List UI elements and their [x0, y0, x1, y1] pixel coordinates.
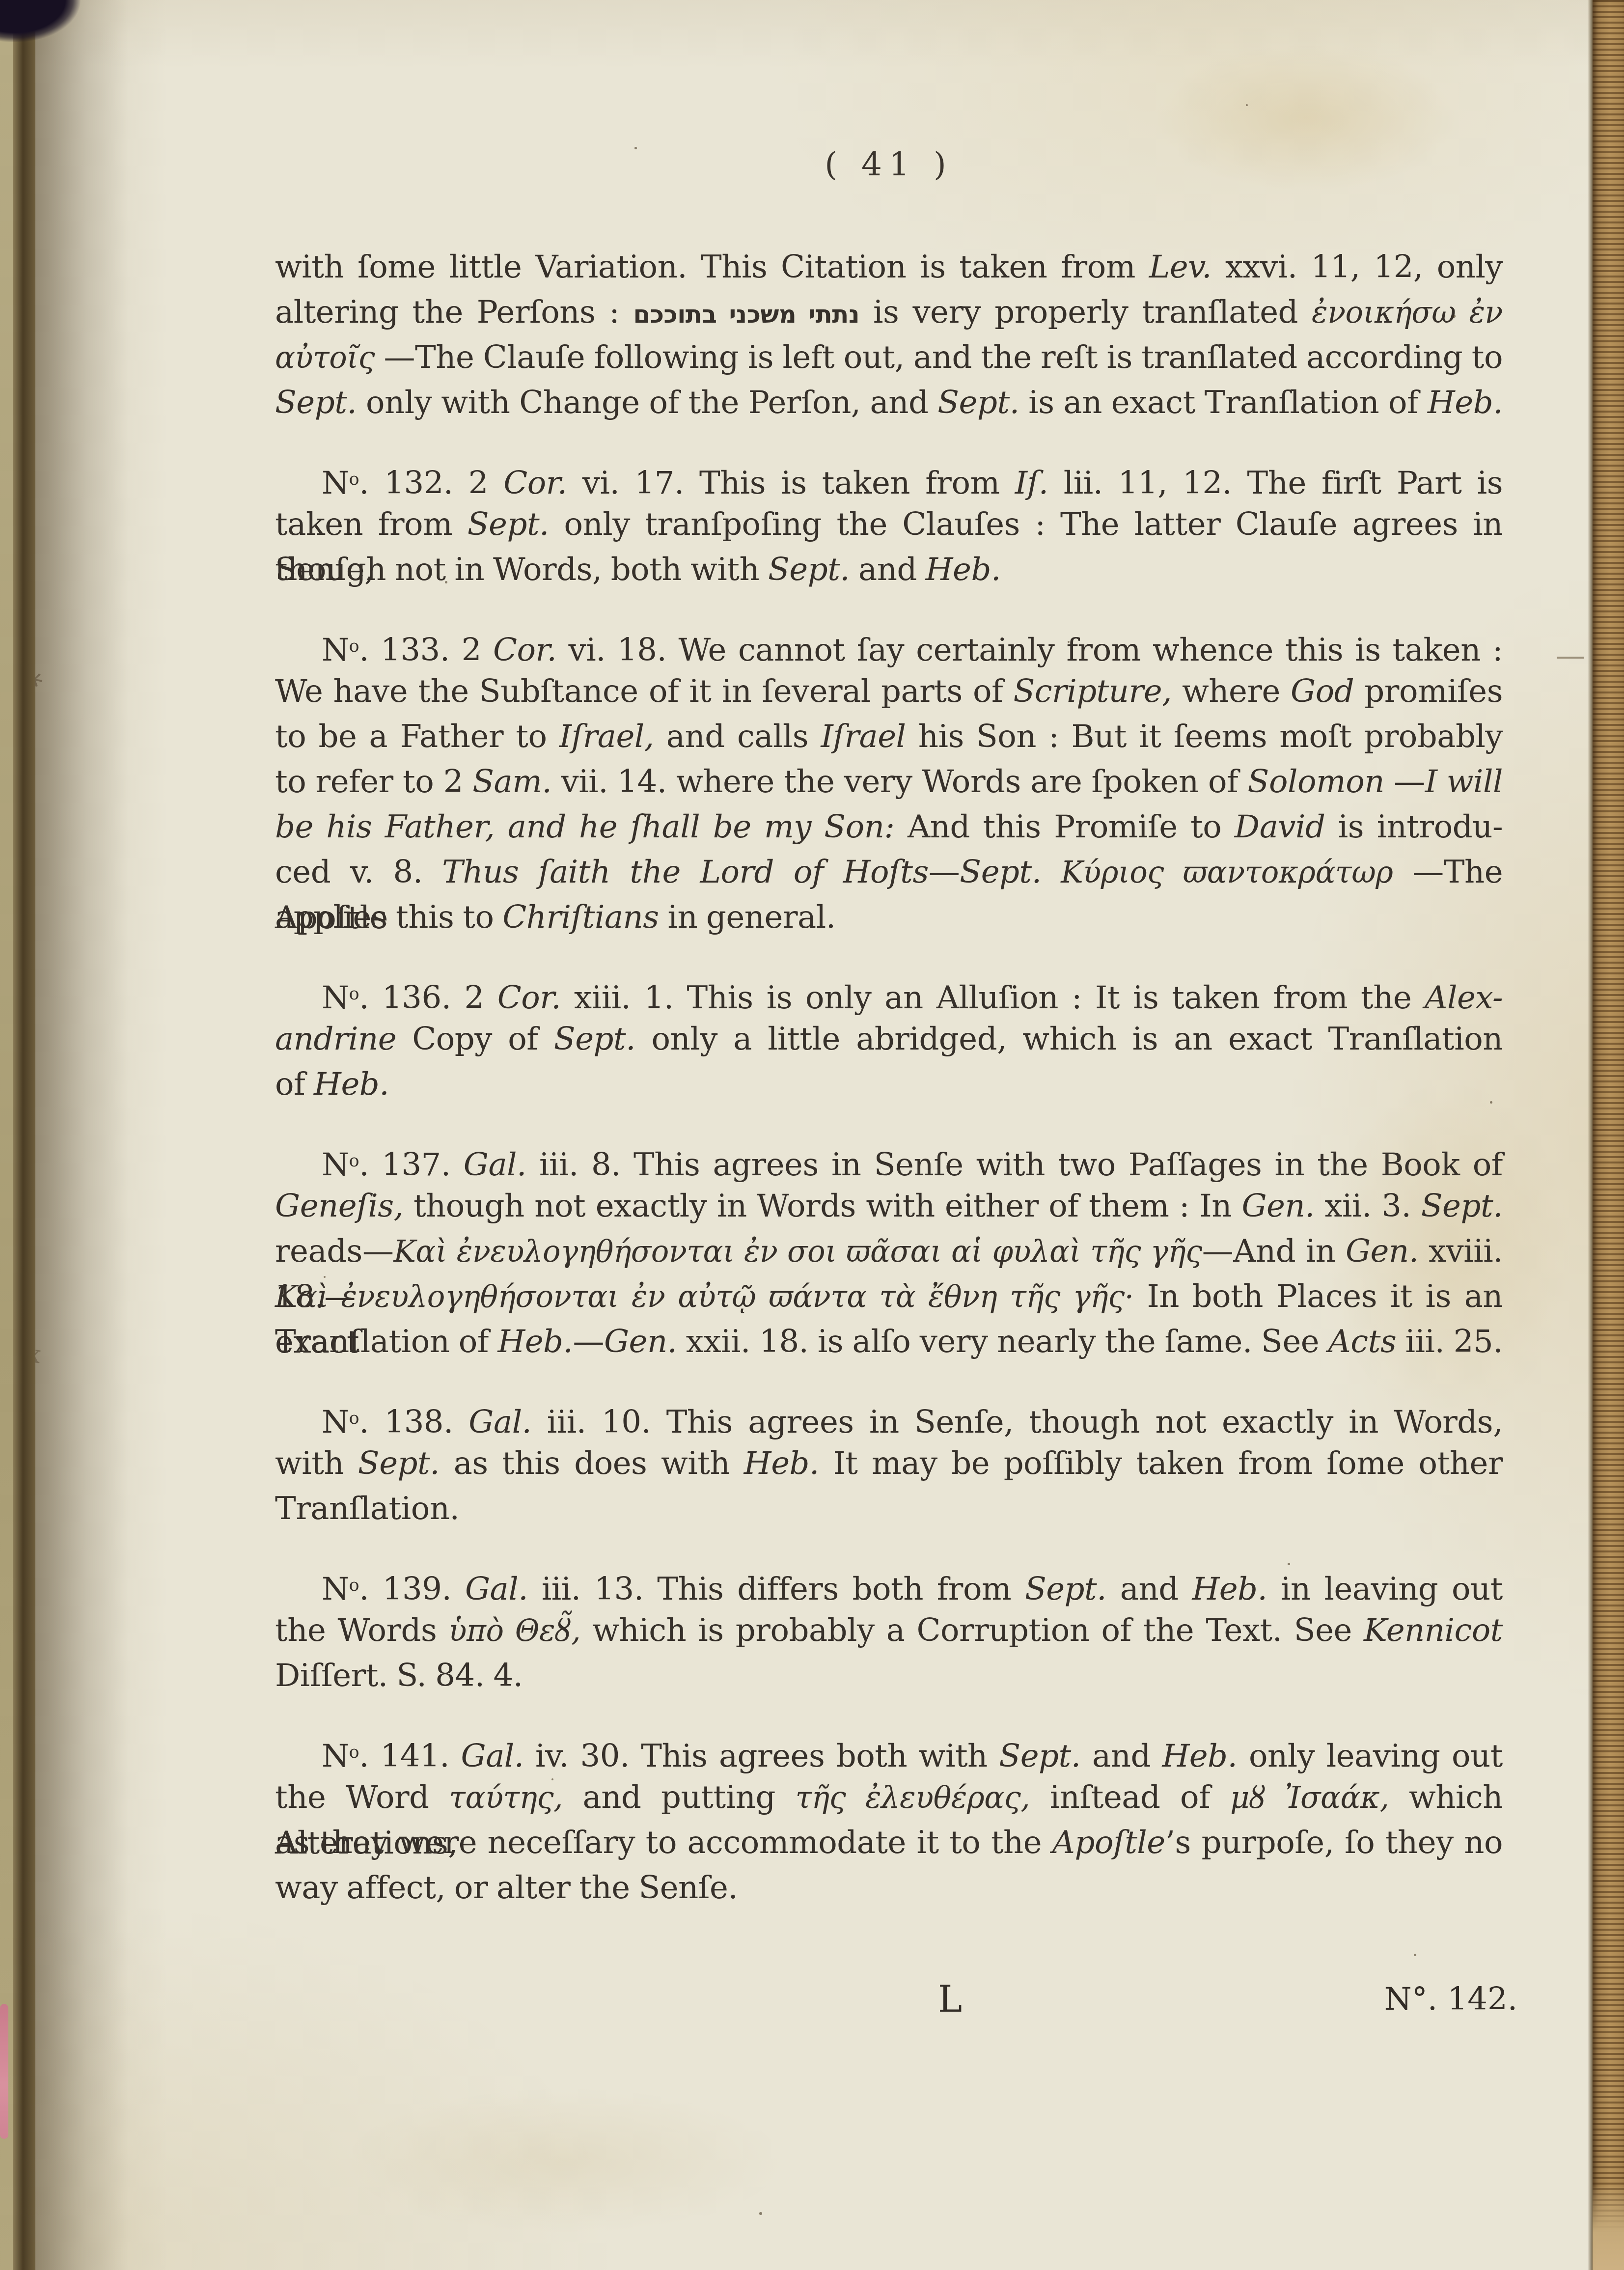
text-segment: . 141.	[359, 1738, 461, 1774]
text-line: as they were neceſſary to accommodate it…	[275, 1820, 1503, 1865]
text-segment: ced v. 8.	[275, 854, 442, 890]
text-segment: —	[573, 1324, 604, 1360]
text-segment: andrine	[275, 1021, 396, 1057]
text-segment: Sept.	[768, 552, 850, 588]
text-segment: ’s purpoſe, ſo they no	[1165, 1825, 1503, 1861]
paper-speck	[551, 1778, 553, 1780]
text-segment: which is probably a Corruption of the Te…	[580, 1612, 1364, 1649]
right-bottom-page-edge	[1593, 2187, 1624, 2270]
text-segment: inſtead of	[1030, 1779, 1230, 1816]
text-segment: Gen.	[1346, 1233, 1419, 1270]
text-segment: o	[349, 636, 359, 656]
text-segment: . 136. 2	[359, 980, 497, 1016]
text-segment: Sept.	[554, 1021, 635, 1057]
text-segment: Gal.	[465, 1571, 528, 1607]
text-segment: and putting	[563, 1779, 796, 1816]
text-line: No. 136. 2 Cor. xiii. 1. This is only an…	[275, 971, 1503, 1017]
gutter-shadow-fade	[35, 0, 129, 2270]
text-segment: Iſ.	[1015, 465, 1048, 501]
text-line: No. 139. Gal. iii. 13. This differs both…	[275, 1563, 1503, 1608]
text-segment: xxvi. 11, 12, only	[1211, 249, 1503, 285]
text-segment: Sept.	[1421, 1188, 1503, 1224]
text-segment: Gal.	[461, 1738, 524, 1774]
text-segment: the Words	[275, 1612, 449, 1649]
greek-phrase: ἐνοικήσω ἐν	[1312, 296, 1503, 330]
footer-next-number: N°. 142.	[1380, 1981, 1517, 2018]
text-segment: . 132. 2	[359, 465, 503, 501]
paragraph-no-137: No. 137. Gal. iii. 8. This agrees in Sen…	[275, 1138, 1503, 1364]
text-segment: in general.	[659, 899, 836, 936]
text-column: with ſome little Variation. This Citatio…	[275, 245, 1503, 1942]
text-line: of Heb.	[275, 1062, 1503, 1107]
text-segment: Heb.	[926, 552, 1001, 588]
text-segment: Sam.	[472, 764, 551, 800]
text-segment: Heb.	[314, 1066, 389, 1103]
paper-speck	[445, 581, 447, 583]
text-segment: Sept.	[468, 506, 549, 543]
text-segment: vii. 14. where the very Words are ſpoken…	[551, 764, 1247, 800]
paper-speck	[1246, 104, 1248, 106]
text-line: andrine Copy of Sept. only a little abri…	[275, 1017, 1503, 1062]
text-segment: xxii. 18. is alſo very nearly the ſame. …	[677, 1324, 1328, 1360]
text-segment: Apoſtle	[1052, 1825, 1165, 1861]
text-segment: . 139.	[359, 1571, 465, 1607]
greek-phrase: Καὶ ἐνευλογηθήσονται ἐν σοι ϖᾶσαι αἱ φυλ…	[393, 1235, 1202, 1269]
text-segment: lii. 11, 12. The firſt Part is	[1048, 465, 1503, 501]
text-segment: N	[322, 1404, 349, 1440]
paper-speck	[324, 1276, 326, 1278]
footer-catchword: L	[938, 1978, 962, 2021]
text-segment: Gen.	[604, 1324, 677, 1360]
text-line: No. 138. Gal. iii. 10. This agrees in Se…	[275, 1396, 1503, 1441]
text-segment: —	[929, 854, 960, 890]
text-segment: Diſſert. S. 84. 4.	[275, 1658, 523, 1694]
text-segment: to be a Father to	[275, 719, 559, 755]
greek-phrase: αὐτοῖς	[275, 341, 375, 375]
text-line: with ſome little Variation. This Citatio…	[275, 245, 1503, 290]
text-line: We have the Subſtance of it in ſeveral p…	[275, 669, 1503, 714]
text-segment: o	[349, 469, 359, 489]
text-segment: taken from	[275, 506, 468, 543]
text-segment: Cor.	[503, 465, 567, 501]
text-line: No. 132. 2 Cor. vi. 17. This is taken fr…	[275, 457, 1503, 502]
text-line: No. 133. 2 Cor. vi. 18. We cannot ſay ce…	[275, 624, 1503, 669]
text-segment: iv. 30. This agrees both with	[524, 1738, 999, 1774]
text-line: way affect, or alter the Senſe.	[275, 1865, 1503, 1910]
text-segment: xii. 3.	[1315, 1188, 1421, 1224]
text-segment: be his Father, and he ſhall be my Son:	[275, 809, 895, 845]
text-segment: Heb.	[1192, 1571, 1267, 1607]
text-segment: only with Change of the Perſon, and	[357, 385, 937, 421]
text-segment: Sept.	[358, 1445, 440, 1482]
text-segment: Gal.	[468, 1404, 531, 1440]
text-segment: xiii. 1. This is only an Alluſion : It i…	[561, 980, 1425, 1016]
text-segment: Sept.	[999, 1738, 1080, 1774]
text-segment: only leaving out	[1237, 1738, 1503, 1774]
text-line: to be a Father to Iſrael, and calls Iſra…	[275, 714, 1503, 759]
text-segment: o	[349, 1575, 359, 1595]
hebrew-phrase: נתתי משכני בתוככם	[633, 300, 859, 329]
paragraph-no-139: No. 139. Gal. iii. 13. This differs both…	[275, 1563, 1503, 1698]
right-page-edge-line	[1588, 0, 1593, 2270]
text-segment: only a little abridged, which is an exac…	[635, 1021, 1503, 1057]
greek-phrase: ταύτης,	[449, 1781, 563, 1815]
text-segment: altering the Perſons :	[275, 294, 633, 331]
text-segment: o	[349, 984, 359, 1004]
text-segment: applies this to	[275, 899, 502, 936]
text-segment: N	[322, 465, 349, 501]
text-segment: N	[322, 1147, 349, 1183]
paper-speck	[1490, 1101, 1492, 1104]
paragraph-continuation: with ſome little Variation. This Citatio…	[275, 245, 1503, 425]
text-segment: Alex-	[1425, 980, 1503, 1016]
text-line: to refer to 2 Sam. vii. 14. where the ve…	[275, 759, 1503, 804]
text-segment: It may be poſſibly taken from ſome other	[819, 1445, 1503, 1482]
text-segment: Iſrael	[821, 719, 906, 755]
text-line: the Word ταύτης, and putting τῆς ἐλευθέρ…	[275, 1775, 1503, 1820]
text-segment: and	[850, 552, 926, 588]
text-segment: with ſome little Variation. This Citatio…	[275, 249, 1149, 285]
text-segment: N	[322, 1571, 349, 1607]
text-segment: with	[275, 1445, 358, 1482]
text-segment: Scripture,	[1013, 673, 1171, 710]
right-page-edges	[1593, 0, 1624, 2270]
text-segment: Heb.	[744, 1445, 819, 1482]
text-line: Tranſlation of Heb.—Gen. xxii. 18. is al…	[275, 1319, 1503, 1364]
text-segment: Kennicot	[1364, 1612, 1503, 1649]
text-line: the Words ὑπὸ Θεȣ̃, which is probably a …	[275, 1608, 1503, 1653]
page-paper: ( 41 ) with ſome little Variation. This …	[0, 0, 1624, 2270]
text-segment: Acts	[1328, 1324, 1397, 1360]
paper-speck	[1453, 315, 1456, 318]
text-segment: in leaving out	[1267, 1571, 1503, 1607]
text-line: with Sept. as this does with Heb. It may…	[275, 1441, 1503, 1486]
paragraph-no-133: No. 133. 2 Cor. vi. 18. We cannot ſay ce…	[275, 624, 1503, 940]
paper-speck	[1288, 1563, 1290, 1565]
text-segment: Sept.	[937, 385, 1019, 421]
paper-stain	[344, 2087, 786, 2235]
text-segment: as they were neceſſary to accommodate it…	[275, 1825, 1052, 1861]
text-segment: vi. 18. We cannot ſay certainly from whe…	[556, 632, 1503, 668]
text-segment: Cor.	[493, 632, 556, 668]
text-segment: Copy of	[396, 1021, 554, 1057]
text-segment: Gen.	[1241, 1188, 1315, 1224]
paragraph-no-138: No. 138. Gal. iii. 10. This agrees in Se…	[275, 1396, 1503, 1531]
text-line: αὐτοῖς —The Clauſe following is left out…	[275, 335, 1503, 380]
paragraph-no-132: No. 132. 2 Cor. vi. 17. This is taken fr…	[275, 457, 1503, 592]
text-segment: iii. 8. This agrees in Senſe with two Pa…	[526, 1147, 1503, 1183]
text-segment: Solomon	[1248, 764, 1384, 800]
text-segment: N	[322, 1738, 349, 1774]
text-segment: —The Clauſe following is left out, and t…	[375, 339, 1503, 376]
text-line: Sept. only with Change of the Perſon, an…	[275, 380, 1503, 425]
text-segment: . 138.	[359, 1404, 468, 1440]
paper-speck	[759, 2212, 762, 2215]
left-pink-edge-sliver	[0, 2004, 8, 2139]
text-segment: of	[275, 1066, 314, 1103]
text-line: applies this to Chriſtians in general.	[275, 895, 1503, 940]
greek-phrase: Καὶ ἐνευλογηθήσονται ἐν αὐτῷ ϖάντα τὰ ἔθ…	[275, 1280, 1134, 1314]
greek-phrase: τῆς ἐλευθέρας,	[796, 1781, 1030, 1815]
text-line: No. 141. Gal. iv. 30. This agrees both w…	[275, 1730, 1503, 1775]
text-segment: iii. 13. This differs both from	[528, 1571, 1025, 1607]
text-line: Tranſlation.	[275, 1486, 1503, 1531]
text-segment: o	[349, 1742, 359, 1762]
page-number-header: ( 41 )	[275, 145, 1503, 183]
text-segment: and calls	[654, 719, 821, 755]
text-segment: is introdu-	[1325, 809, 1503, 845]
text-segment: Tranſlation of	[275, 1324, 497, 1360]
text-line: taken from Sept. only tranſpoſing the Cl…	[275, 502, 1503, 547]
text-line: be his Father, and he ſhall be my Son: A…	[275, 804, 1503, 850]
paper-speck	[634, 147, 637, 149]
text-segment: . 133. 2	[359, 632, 493, 668]
text-line: though not in Words, both with Sept. and…	[275, 547, 1503, 592]
paragraph-no-141: No. 141. Gal. iv. 30. This agrees both w…	[275, 1730, 1503, 1910]
text-segment: and	[1081, 1738, 1162, 1774]
text-segment: o	[349, 1408, 359, 1428]
text-line: altering the Perſons : נתתי משכני בתוככם…	[275, 290, 1503, 335]
text-segment: Heb.	[1162, 1738, 1237, 1774]
text-segment	[1042, 854, 1061, 890]
text-segment: is an exact Tranſlation of	[1019, 385, 1428, 421]
text-segment: Geneſis,	[275, 1188, 403, 1224]
text-segment: God	[1291, 673, 1354, 710]
text-segment: where	[1172, 673, 1291, 710]
text-segment: Heb.	[497, 1324, 573, 1360]
text-segment: Lev.	[1149, 249, 1211, 285]
left-page-edge	[0, 0, 13, 2270]
text-segment: and	[1106, 1571, 1192, 1607]
text-segment: Sept.	[1025, 1571, 1106, 1607]
text-segment: as this does with	[440, 1445, 744, 1482]
text-segment: —And in	[1202, 1233, 1346, 1270]
text-line: No. 137. Gal. iii. 8. This agrees in Sen…	[275, 1138, 1503, 1184]
text-segment: way affect, or alter the Senſe.	[275, 1870, 738, 1906]
text-line: Καὶ ἐνευλογηθήσονται ἐν αὐτῷ ϖάντα τὰ ἔθ…	[275, 1274, 1503, 1319]
text-segment: reads—	[275, 1233, 393, 1270]
text-segment: Chriſtians	[502, 899, 659, 936]
text-segment: Cor.	[497, 980, 561, 1016]
text-segment: Thus ſaith the Lord of Hoſts	[442, 854, 929, 890]
text-segment: is very properly tranſlated	[859, 294, 1312, 331]
text-line: Geneſis, though not exactly in Words wit…	[275, 1184, 1503, 1229]
text-segment: though not exactly in Words with either …	[403, 1188, 1241, 1224]
book-page-photo: ( 41 ) with ſome little Variation. This …	[0, 0, 1624, 2270]
text-segment: vi. 17. This is taken from	[567, 465, 1015, 501]
text-segment: Gal.	[464, 1147, 526, 1183]
text-segment: o	[349, 1151, 359, 1171]
text-segment: N	[322, 980, 349, 1016]
text-line: reads—Καὶ ἐνευλογηθήσονται ἐν σοι ϖᾶσαι …	[275, 1229, 1503, 1274]
margin-mark-right-dash: —	[1556, 638, 1585, 673]
paper-speck	[1068, 641, 1070, 643]
top-left-binding-corner	[0, 0, 83, 44]
text-segment: . 137.	[359, 1147, 464, 1183]
paper-speck	[1414, 1954, 1416, 1956]
text-segment: Tranſlation.	[275, 1491, 459, 1527]
text-segment: We have the Subſtance of it in ſeveral p…	[275, 673, 1013, 710]
text-segment: Sept.	[275, 385, 357, 421]
text-segment: And this Promiſe to	[895, 809, 1235, 845]
paragraph-no-136: No. 136. 2 Cor. xiii. 1. This is only an…	[275, 971, 1503, 1107]
text-line: Diſſert. S. 84. 4.	[275, 1653, 1503, 1698]
text-segment: Iſrael,	[559, 719, 654, 755]
greek-phrase: Κύριος ϖαντοκράτωρ	[1061, 856, 1393, 890]
text-segment: his Son : But it ſeems moſt probably	[906, 719, 1503, 755]
greek-phrase: μȣ Ἰσαάκ,	[1230, 1781, 1389, 1815]
text-segment: promiſes	[1354, 673, 1503, 710]
text-segment: iii. 25.	[1396, 1324, 1503, 1360]
text-segment: the Word	[275, 1779, 449, 1816]
text-line: ced v. 8. Thus ſaith the Lord of Hoſts—S…	[275, 850, 1503, 895]
text-segment: David	[1235, 809, 1325, 845]
text-segment: though not in Words, both with	[275, 552, 768, 588]
text-segment: Heb.	[1428, 385, 1503, 421]
text-segment: to refer to 2	[275, 764, 472, 800]
text-segment: iii. 10. This agrees in Senſe, though no…	[531, 1404, 1503, 1440]
text-segment: I will	[1425, 764, 1503, 800]
text-segment: —	[1384, 764, 1425, 800]
greek-phrase: ὑπὸ Θεȣ̃,	[449, 1614, 581, 1648]
text-segment: Sept.	[960, 854, 1041, 890]
gutter-shadow	[13, 0, 35, 2270]
text-segment: N	[322, 632, 349, 668]
